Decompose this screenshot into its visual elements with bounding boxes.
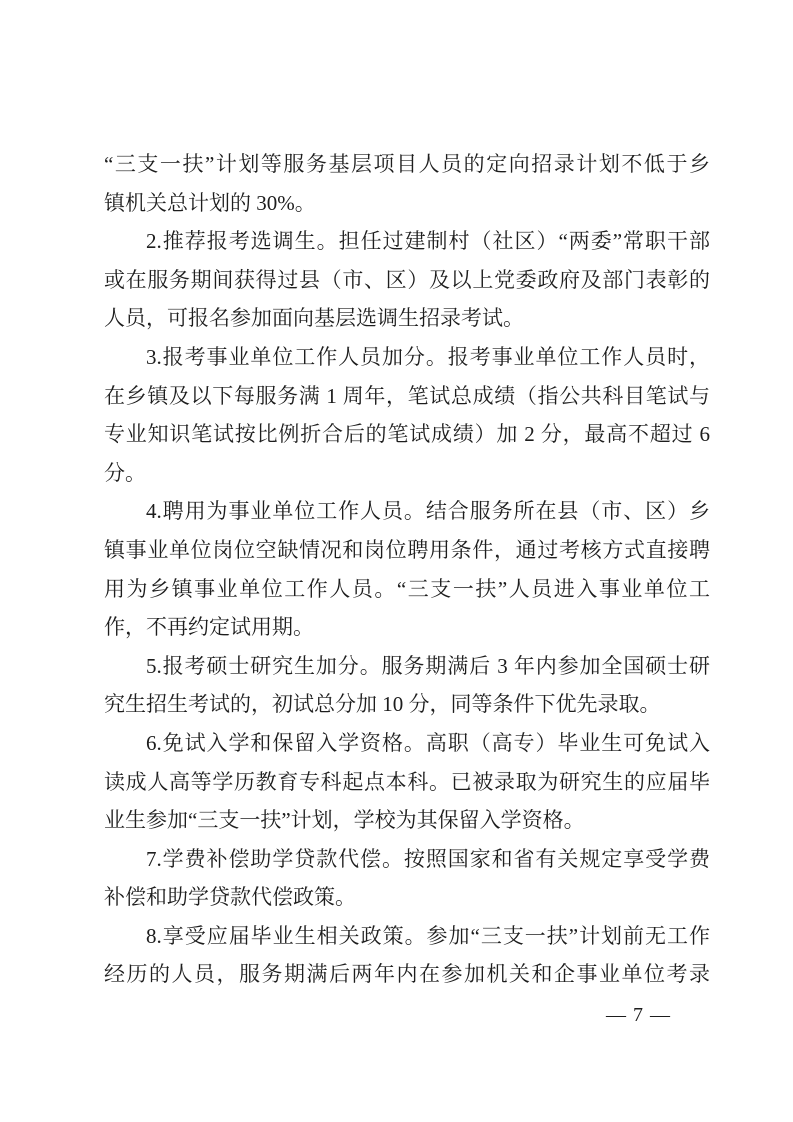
text-line: 分。 (104, 454, 710, 493)
text-line: 作，不再约定试用期。 (104, 608, 710, 647)
text-line: 3.报考事业单位工作人员加分。报考事业单位工作人员时， (104, 338, 710, 377)
text-line: 补偿和助学贷款代偿政策。 (104, 878, 710, 917)
text-line: 或在服务期间获得过县（市、区）及以上党委政府及部门表彰的 (104, 261, 710, 300)
text-line: 经历的人员，服务期满后两年内在参加机关和企事业单位考录 (104, 955, 710, 994)
page-number: — 7 — (606, 1002, 671, 1028)
text-line: 2.推荐报考选调生。担任过建制村（社区）“两委”常职干部 (104, 222, 710, 261)
text-line: 6.免试入学和保留入学资格。高职（高专）毕业生可免试入 (104, 724, 710, 763)
text-line: 究生招生考试的，初试总分加 10 分，同等条件下优先录取。 (104, 685, 710, 724)
document-page: “三支一扶”计划等服务基层项目人员的定向招录计划不低于乡镇机关总计划的 30%。… (0, 0, 793, 1122)
text-line: 读成人高等学历教育专科起点本科。已被录取为研究生的应届毕 (104, 763, 710, 802)
text-line: “三支一扶”计划等服务基层项目人员的定向招录计划不低于乡 (104, 145, 710, 184)
text-line: 业生参加“三支一扶”计划，学校为其保留入学资格。 (104, 801, 710, 840)
text-line: 专业知识笔试按比例折合后的笔试成绩）加 2 分，最高不超过 6 (104, 415, 710, 454)
text-line: 5.报考硕士研究生加分。服务期满后 3 年内参加全国硕士研 (104, 647, 710, 686)
text-line: 7.学费补偿助学贷款代偿。按照国家和省有关规定享受学费 (104, 840, 710, 879)
text-line: 4.聘用为事业单位工作人员。结合服务所在县（市、区）乡 (104, 492, 710, 531)
document-body: “三支一扶”计划等服务基层项目人员的定向招录计划不低于乡镇机关总计划的 30%。… (104, 145, 710, 994)
text-line: 在乡镇及以下每服务满 1 周年，笔试总成绩（指公共科目笔试与 (104, 377, 710, 416)
text-line: 人员，可报名参加面向基层选调生招录考试。 (104, 299, 710, 338)
text-line: 用为乡镇事业单位工作人员。“三支一扶”人员进入事业单位工 (104, 570, 710, 609)
text-line: 镇机关总计划的 30%。 (104, 184, 710, 223)
text-line: 8.享受应届毕业生相关政策。参加“三支一扶”计划前无工作 (104, 917, 710, 956)
text-line: 镇事业单位岗位空缺情况和岗位聘用条件，通过考核方式直接聘 (104, 531, 710, 570)
